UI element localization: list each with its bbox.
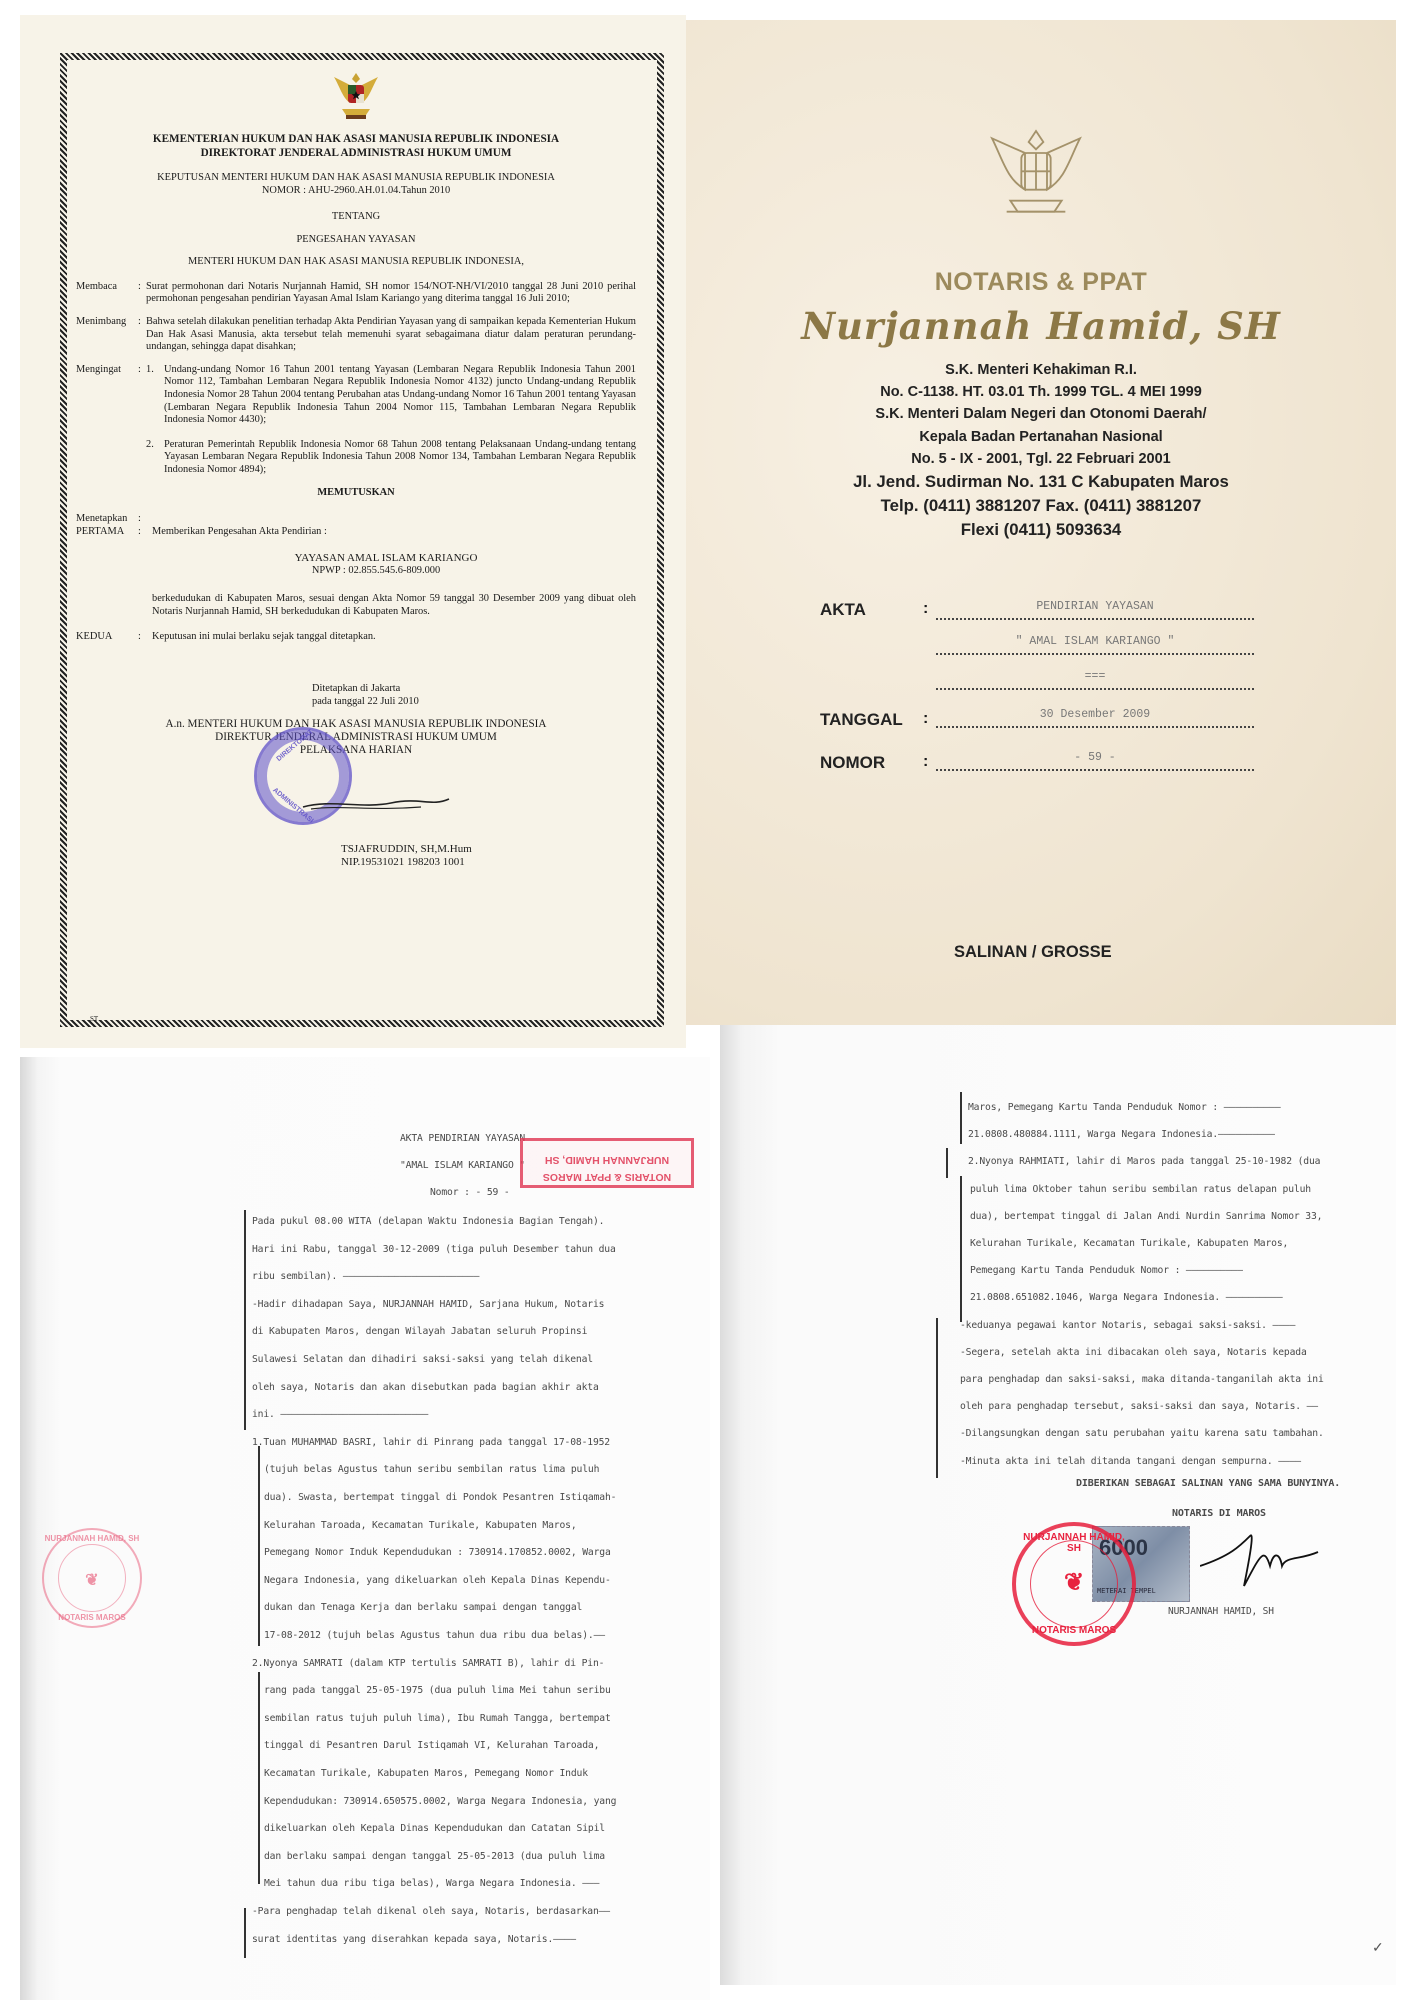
akta-value: PENDIRIAN YAYASAN: [936, 600, 1254, 620]
notary-name: Nurjannah Hamid, SH: [686, 304, 1396, 348]
decree-page: KEMENTERIAN HUKUM DAN HAK ASASI MANUSIA …: [20, 15, 686, 1048]
deed-line: 2.Nyonya RAHMIATI, lahir di Maros pada t…: [968, 1156, 1392, 1167]
mengingat-item: 2. Peraturan Pemerintah Republik Indones…: [146, 439, 636, 477]
margin-bracket: [960, 1092, 962, 1144]
colon: :: [923, 710, 928, 728]
domicile-text: berkedudukan di Kabupaten Maros, sesuai …: [146, 593, 636, 618]
deed-line: puluh lima Oktober tahun seribu sembilan…: [970, 1184, 1394, 1195]
menimbang-section: Menimbang : Bahwa setelah dilakukan pene…: [76, 316, 636, 354]
sign-line: DIREKTUR JENDERAL ADMINISTRASI HUKUM UMU…: [76, 731, 636, 744]
tanggal-label: TANGGAL: [820, 710, 903, 730]
deed-line: Kelurahan Taroada, Kecamatan Turikale, K…: [264, 1520, 700, 1531]
margin-bracket: [244, 1210, 246, 1430]
kedua-text: Keputusan ini mulai berlaku sejak tangga…: [146, 631, 636, 644]
deed-line: Kelurahan Turikale, Kecamatan Turikale, …: [970, 1238, 1394, 1249]
mengingat-section: Mengingat : 1. Undang-undang Nomor 16 Ta…: [76, 364, 636, 477]
nomor-label: NOMOR: [820, 753, 885, 773]
notary-flexi: Flexi (0411) 5093634: [686, 518, 1396, 542]
foundation-name: YAYASAN AMAL ISLAM KARIANGO: [76, 552, 636, 565]
menimbang-label: Menimbang: [76, 316, 138, 354]
deed-line: Pemegang Kartu Tanda Penduduk Nomor : ——…: [970, 1265, 1394, 1276]
deed-line: surat identitas yang diserahkan kepada s…: [252, 1934, 700, 1945]
colon: :: [923, 600, 928, 618]
deed-line: -Hadir dihadapan Saya, NURJANNAH HAMID, …: [252, 1299, 700, 1310]
deed-line: -Segera, setelah akta ini dibacakan oleh…: [960, 1347, 1384, 1358]
deed-line: oleh saya, Notaris dan akan disebutkan p…: [252, 1382, 700, 1393]
deed-line: Hari ini Rabu, tanggal 30-12-2009 (tiga …: [252, 1244, 700, 1255]
cover-title: NOTARIS & PPAT: [686, 268, 1396, 297]
deed-line: 17-08-2012 (tujuh belas Agustus tahun du…: [264, 1630, 700, 1641]
signature-icon: [301, 795, 451, 815]
akta-label: AKTA: [820, 600, 866, 620]
npwp: NPWP : 02.855.545.6-809.000: [76, 565, 636, 578]
decree-content: KEMENTERIAN HUKUM DAN HAK ASASI MANUSIA …: [76, 65, 636, 869]
deed-line: ini. ——————————————————————————: [252, 1409, 700, 1420]
margin-bracket: [960, 1176, 962, 1322]
credential-line: S.K. Menteri Dalam Negeri dan Otonomi Da…: [686, 403, 1396, 425]
credential-line: No. 5 - IX - 2001, Tgl. 22 Februari 2001: [686, 448, 1396, 470]
deed-name: "AMAL ISLAM KARIANGO ": [400, 1160, 525, 1171]
deed-number: Nomor : - 59 -: [430, 1187, 510, 1198]
decree-date: pada tanggal 22 Juli 2010: [312, 696, 636, 709]
deed-line: rang pada tanggal 25-05-1975 (dua puluh …: [264, 1685, 700, 1696]
deed-page-2: [720, 1025, 1396, 1985]
menetapkan-label: Menetapkan: [76, 513, 138, 526]
margin-bracket: [258, 1672, 260, 1884]
closing-statement: DIBERIKAN SEBAGAI SALINAN YANG SAMA BUNY…: [1076, 1478, 1340, 1489]
deed-line: dan berlaku sampai dengan tanggal 25-05-…: [264, 1851, 700, 1862]
deed-line: Maros, Pemegang Kartu Tanda Penduduk Nom…: [968, 1102, 1392, 1113]
deed-line: ribu sembilan). ————————————————————————: [252, 1271, 700, 1282]
deed-line: dukan dan Tenaga Kerja dan berlaku sampa…: [264, 1602, 700, 1613]
sign-line: A.n. MENTERI HUKUM DAN HAK ASASI MANUSIA…: [76, 718, 636, 731]
notary-seal-red: NURJANNAH HAMID, SH ❦ NOTARIS MAROS: [1012, 1522, 1136, 1646]
akta-value: ===: [936, 670, 1254, 690]
deed-line: Pemegang Nomor Induk Kependudukan : 7309…: [264, 1547, 700, 1558]
memutuskan-heading: MEMUTUSKAN: [76, 487, 636, 500]
deed-line: -Para penghadap telah dikenal oleh saya,…: [252, 1906, 700, 1917]
deed-line: -Minuta akta ini telah ditanda tangani d…: [960, 1456, 1384, 1467]
notary-seal-red: NURJANNAH HAMID, SH ❦ NOTARIS MAROS: [42, 1528, 142, 1628]
decision-number: NOMOR : AHU-2960.AH.01.04.Tahun 2010: [76, 185, 636, 198]
membaca-section: Membaca : Surat permohonan dari Notaris …: [76, 281, 636, 306]
notary-signature-icon: [1200, 1526, 1320, 1606]
notary-box-stamp: NOTARIS & PPAT MAROS NURJANNAH HAMID, SH: [520, 1138, 694, 1188]
deed-line: para penghadap dan saksi-saksi, maka dit…: [960, 1374, 1384, 1385]
deed-line: Mei tahun dua ribu tiga belas), Warga Ne…: [264, 1878, 700, 1889]
signer-name: TSJAFRUDDIN, SH,M.Hum: [341, 843, 636, 856]
corner-code: ST: [90, 1015, 98, 1023]
copy-type: SALINAN / GROSSE: [954, 943, 1112, 962]
credential-line: S.K. Menteri Kehakiman R.I.: [686, 359, 1396, 381]
notary-signer: NURJANNAH HAMID, SH: [1168, 1606, 1274, 1617]
decree-subject: PENGESAHAN YAYASAN: [76, 234, 636, 247]
directorate-line: DIREKTORAT JENDERAL ADMINISTRASI HUKUM U…: [76, 147, 636, 161]
deed-line: dua). Swasta, bertempat tinggal di Pondo…: [264, 1492, 700, 1503]
notary-place: NOTARIS DI MAROS: [1172, 1508, 1266, 1519]
pertama-section: PERTAMA : Memberikan Pengesahan Akta Pen…: [76, 526, 636, 539]
deed-line: 21.0808.651082.1046, Warga Negara Indone…: [970, 1292, 1394, 1303]
ministry-line: KEMENTERIAN HUKUM DAN HAK ASASI MANUSIA …: [76, 133, 636, 147]
deed-line: Pada pukul 08.00 WITA (delapan Waktu Ind…: [252, 1216, 700, 1227]
decision-title: KEPUTUSAN MENTERI HUKUM DAN HAK ASASI MA…: [76, 172, 636, 185]
sign-line: PELAKSANA HARIAN: [76, 744, 636, 757]
deed-line: sembilan ratus tujuh puluh lima), Ibu Ru…: [264, 1713, 700, 1724]
check-mark-icon: ✓: [1372, 1940, 1384, 1957]
deed-line: di Kabupaten Maros, dengan Wilayah Jabat…: [252, 1326, 700, 1337]
domicile-section: berkedudukan di Kabupaten Maros, sesuai …: [76, 593, 636, 618]
deed-line: tinggal di Pesantren Darul Istiqamah VI,…: [264, 1740, 700, 1751]
colon: :: [923, 753, 928, 771]
tentang-label: TENTANG: [76, 211, 636, 224]
signer-nip: NIP.19531021 198203 1001: [341, 856, 636, 869]
margin-bracket: [946, 1148, 948, 1178]
margin-bracket: [244, 1908, 246, 1958]
tanggal-value: 30 Desember 2009: [936, 708, 1254, 728]
deed-line: dikeluarkan oleh Kepala Dinas Kependuduk…: [264, 1823, 700, 1834]
deed-line: -Dilangsungkan dengan satu perubahan yai…: [960, 1428, 1384, 1439]
deed-line: Kecamatan Turikale, Kabupaten Maros, Pem…: [264, 1768, 700, 1779]
membaca-label: Membaca: [76, 281, 138, 306]
deed-line: 2.Nyonya SAMRATI (dalam KTP tertulis SAM…: [252, 1658, 700, 1669]
notary-cover-page: NOTARIS & PPAT Nurjannah Hamid, SH S.K. …: [686, 20, 1396, 1025]
pertama-text: Memberikan Pengesahan Akta Pendirian :: [146, 526, 636, 539]
menimbang-text: Bahwa setelah dilakukan penelitian terha…: [146, 316, 636, 354]
deed-line: 21.0808.480884.1111, Warga Negara Indone…: [968, 1129, 1392, 1140]
deed-line: dua), bertempat tinggal di Jalan Andi Nu…: [970, 1211, 1394, 1222]
pertama-label: PERTAMA: [76, 526, 138, 539]
minister-line: MENTERI HUKUM DAN HAK ASASI MANUSIA REPU…: [76, 256, 636, 269]
deed-line: Negara Indonesia, yang dikeluarkan oleh …: [264, 1575, 700, 1586]
deed-line: Sulawesi Selatan dan dihadiri saksi-saks…: [252, 1354, 700, 1365]
mengingat-label: Mengingat: [76, 364, 138, 477]
margin-bracket: [258, 1446, 260, 1646]
mengingat-item: 1. Undang-undang Nomor 16 Tahun 2001 ten…: [146, 364, 636, 427]
credential-line: No. C-1138. HT. 03.01 Th. 1999 TGL. 4 ME…: [686, 381, 1396, 403]
margin-bracket: [936, 1318, 938, 1478]
notary-credentials: S.K. Menteri Kehakiman R.I. No. C-1138. …: [686, 359, 1396, 542]
kedua-label: KEDUA: [76, 631, 138, 644]
deed-line: 1.Tuan MUHAMMAD BASRI, lahir di Pinrang …: [252, 1437, 700, 1448]
menetapkan-section: Menetapkan :: [76, 513, 636, 526]
garuda-emblem-icon: [326, 65, 386, 125]
garuda-emblem-icon: [981, 120, 1091, 230]
deed-line: oleh para penghadap tersebut, saksi-saks…: [960, 1401, 1384, 1412]
deed-title: AKTA PENDIRIAN YAYASAN: [400, 1133, 525, 1144]
credential-line: Kepala Badan Pertanahan Nasional: [686, 426, 1396, 448]
decree-place: Ditetapkan di Jakarta: [312, 683, 636, 696]
notary-address: Jl. Jend. Sudirman No. 131 C Kabupaten M…: [686, 470, 1396, 494]
signature-block: Ditetapkan di Jakarta pada tanggal 22 Ju…: [76, 683, 636, 869]
deed-line: -keduanya pegawai kantor Notaris, sebaga…: [960, 1320, 1384, 1331]
deed-line: Kependudukan: 730914.650575.0002, Warga …: [264, 1796, 700, 1807]
membaca-text: Surat permohonan dari Notaris Nurjannah …: [146, 281, 636, 306]
deed-line: (tujuh belas Agustus tahun seribu sembil…: [264, 1464, 700, 1475]
nomor-value: - 59 -: [936, 751, 1254, 771]
akta-value: " AMAL ISLAM KARIANGO ": [936, 635, 1254, 655]
kedua-section: KEDUA : Keputusan ini mulai berlaku seja…: [76, 631, 636, 644]
notary-phone: Telp. (0411) 3881207 Fax. (0411) 3881207: [686, 494, 1396, 518]
